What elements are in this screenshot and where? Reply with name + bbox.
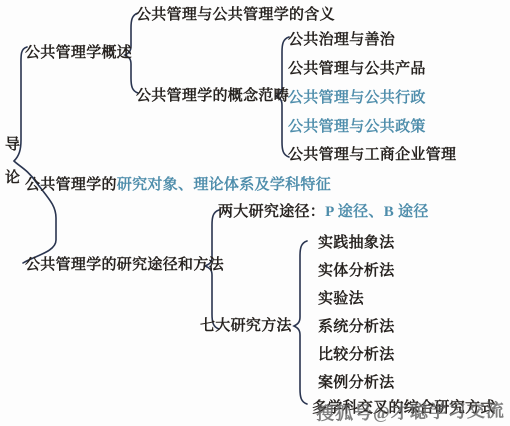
- brace-methods-children: [294, 241, 307, 404]
- root-char-2: 论: [5, 170, 20, 187]
- node-method-5: 比较分析法: [318, 347, 395, 364]
- root-char-1: 导: [5, 137, 20, 154]
- node-public-admin: 公共管理与公共行政: [288, 90, 426, 107]
- node-research-object-prefix: 公共管理学的: [25, 177, 117, 193]
- node-method-6: 案例分析法: [318, 375, 395, 392]
- node-two-approaches-highlight: P 途径、B 途径: [325, 204, 429, 220]
- node-method-1: 实践抽象法: [318, 235, 395, 252]
- node-business-mgmt: 公共管理与工商企业管理: [288, 147, 456, 164]
- node-seven-methods: 七大研究方法: [200, 318, 292, 335]
- node-overview: 公共管理学概述: [25, 45, 132, 62]
- node-method-4: 系统分析法: [318, 319, 395, 336]
- root-node-daolun: 导 论: [5, 137, 20, 187]
- node-meaning: 公共管理与公共管理学的含义: [136, 7, 335, 24]
- node-approaches-methods: 公共管理学的研究途径和方法: [25, 257, 224, 274]
- node-two-approaches-prefix: 两大研究途径：: [218, 204, 325, 220]
- mindmap-canvas: 导 论 公共管理学概述 公共管理学的研究对象、理论体系及学科特征 公共管理学的研…: [0, 0, 510, 426]
- node-method-3: 实验法: [318, 291, 364, 308]
- node-two-approaches: 两大研究途径：P 途径、B 途径: [218, 204, 429, 221]
- node-public-goods: 公共管理与公共产品: [288, 61, 426, 78]
- node-research-object-highlight: 研究对象、理论体系及学科特征: [117, 177, 331, 193]
- node-research-object: 公共管理学的研究对象、理论体系及学科特征: [25, 177, 331, 194]
- node-public-policy: 公共管理与公共政策: [288, 119, 426, 136]
- node-method-2: 实体分析法: [318, 263, 395, 280]
- sohu-watermark: 搜狐号@才聪学习交流: [316, 396, 505, 425]
- node-governance: 公共治理与善治: [288, 32, 395, 49]
- node-concept-scope: 公共管理学的概念范畴: [136, 88, 289, 105]
